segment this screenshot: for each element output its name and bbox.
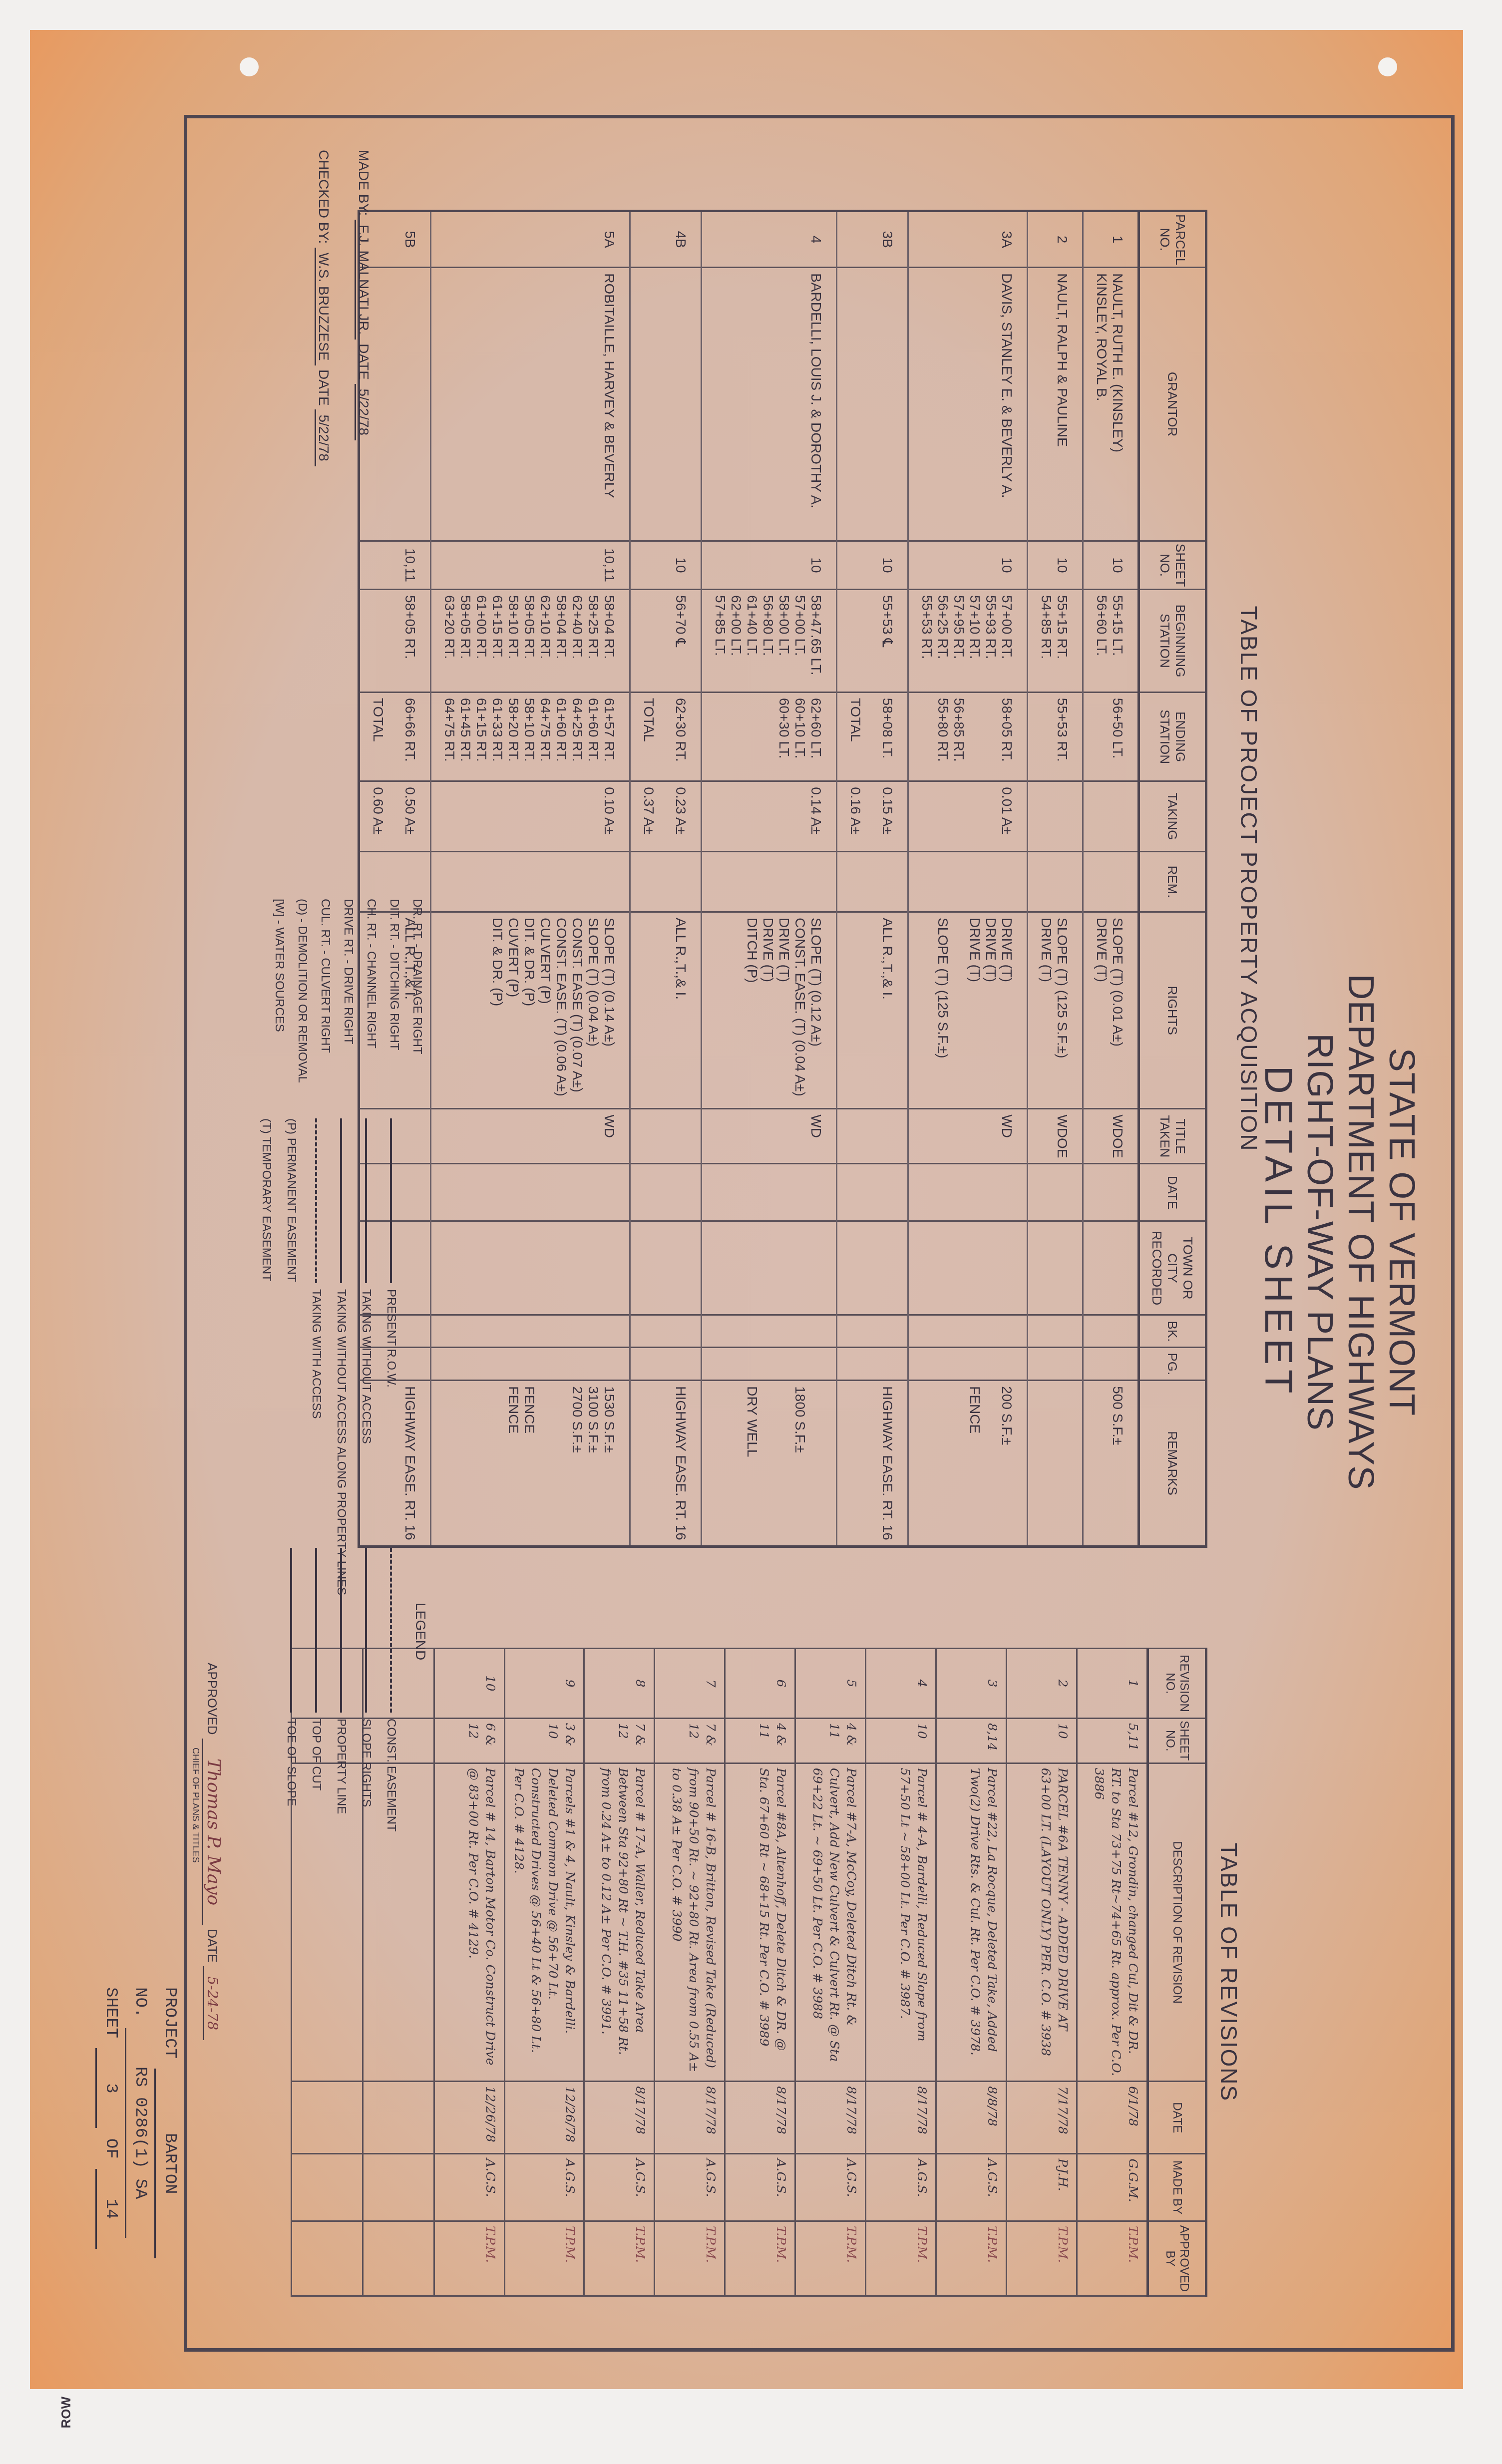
revision-desc: Parcel # 4-A, Bardelli, Reduced Slope fr… (866, 1763, 936, 2081)
cell-line: WD (808, 1114, 824, 1158)
cell-line: DRIVE (T) (967, 918, 983, 1103)
cell-date (630, 1164, 702, 1221)
cell-parcel: 3A (908, 211, 1028, 268)
column-header: ENDING STATION (1139, 692, 1206, 781)
revision-date: 8/17/78 (795, 2082, 866, 2154)
cell-line: 58+04 RT. (601, 595, 617, 687)
project-label: PROJECT (160, 1987, 179, 2059)
cell-parcel: 1 (1083, 211, 1139, 268)
cell-line: 10 (808, 547, 824, 584)
cell-town (630, 1221, 702, 1315)
cell-line: NAULT, RUTH E. (KINSLEY) (1110, 273, 1126, 535)
cell-line (601, 857, 617, 906)
revision-appr: T.P.M. (1007, 2221, 1077, 2296)
cell-line: 55+15 RT. (1054, 595, 1070, 687)
rotated-plan-sheet: ROW STATE OF VERMONT DEPARTMENT OF HIGHW… (0, 0, 1502, 2464)
cell-line: SLOPE (T) (125 S.F.±) (935, 918, 951, 1103)
revision-row: 38,14Parcel #22, La Rocque, Deleted Take… (936, 1649, 1007, 2296)
revision-no: 8 (584, 1649, 655, 1719)
cell-line: 200 S.F.± (999, 1386, 1015, 1540)
sheet-title: STATE OF VERMONT DEPARTMENT OF HIGHWAYS … (1258, 0, 1422, 2464)
cell-line (808, 1353, 824, 1375)
cell-line: DITCH (P) (744, 918, 760, 1103)
cell-end: 55+53 RT. (1028, 692, 1083, 781)
made-by-line: MADE BY: F.J. MALNATI JR. DATE 5/22/78 (344, 150, 383, 466)
legend-abbreviation: DIT. RT. - DITCHING RIGHT (382, 899, 405, 1083)
cell-remarks: 500 S.F.± (1083, 1381, 1139, 1547)
cell-sheet: 10,11 (359, 541, 431, 589)
cell-rights: SLOPE (T) (0.01 A±)DRIVE (T) (1083, 912, 1139, 1109)
legend-line-label: TOP OF CUT (309, 1719, 323, 1790)
cell-remarks: 1800 S.F.± DRY WELL (702, 1381, 837, 1547)
legend-line-symbol (390, 1118, 392, 1283)
table-row: 4BARDELLI, LOUIS J. & DOROTHY A.1058+47.… (702, 211, 837, 1547)
cell-date (702, 1164, 837, 1221)
cell-parcel: 4B (630, 211, 702, 268)
cell-line: 58+47.65 LT. (808, 595, 824, 687)
revision-sheet: 4 & 11 (725, 1718, 795, 1763)
cell-rem (1028, 851, 1083, 912)
cell-line: 57+95 RT. (951, 595, 967, 687)
cell-line: 0.60 A± (370, 787, 386, 846)
cell-line: 61+57 RT. (601, 698, 617, 776)
legend-abbreviation: CH. RT. - CHANNEL RIGHT (360, 899, 382, 1083)
cell-begin: 58+47.65 LT.57+00 LT.58+00 LT.56+80 LT.6… (702, 590, 837, 693)
cell-line: 63+20 RT. (441, 595, 457, 687)
cell-line (673, 857, 689, 906)
empty-cell (363, 2082, 434, 2154)
legend-abbreviation: DRIVE RT. - DRIVE RIGHT (337, 899, 360, 1083)
cell-line: 0.15 A± (879, 787, 895, 846)
title-line: STATE OF VERMONT (1381, 0, 1422, 2464)
made-date-label: DATE (356, 344, 372, 380)
cell-rem (837, 851, 908, 912)
cell-end: 58+08 LT. TOTAL (837, 692, 908, 781)
cell-line (673, 1169, 689, 1215)
cell-line (601, 1169, 617, 1215)
legend-lines-left: PRESENT R.O.W.TAKING WITHOUT ACCESSTAKIN… (254, 1118, 403, 1595)
cell-title: WD (702, 1109, 837, 1164)
cell-line: 62+40 RT. (569, 595, 585, 687)
legend-line-item: TAKING WITH ACCESS (304, 1118, 329, 1595)
cell-line: 0.50 A± (402, 787, 418, 846)
cell-line (673, 273, 689, 535)
cell-line: 58+05 RT. (402, 595, 418, 687)
approved-date-value: 5-24-78 (203, 1966, 221, 2040)
cell-town (837, 1221, 908, 1315)
cell-taking: 0.01 A± (908, 781, 1028, 852)
cell-bk (908, 1315, 1028, 1348)
cell-line (776, 1386, 792, 1540)
cell-line (863, 698, 879, 776)
cell-line (601, 1227, 617, 1309)
cell-line (879, 1321, 895, 1342)
cell-line: 3A (999, 217, 1015, 262)
cell-line: 57+00 RT. (999, 595, 1015, 687)
cell-line (967, 698, 983, 776)
revision-sheet: 3 & 10 (505, 1718, 584, 1763)
cell-line: SLOPE (T) (125 S.F.±) (1054, 918, 1070, 1103)
cell-town (1028, 1221, 1083, 1315)
cell-rem (908, 851, 1028, 912)
cell-line: 3B (879, 217, 895, 262)
cell-line: 55+53 RT. (1054, 698, 1070, 776)
revision-date: 8/17/78 (584, 2082, 655, 2154)
cell-remarks: 1530 S.F.±3100 S.F.±2700 S.F.± FENCEFENC… (431, 1381, 630, 1547)
legend-line-item: TAKING WITHOUT ACCESS (354, 1118, 378, 1595)
revision-sheet: 7 & 12 (655, 1718, 725, 1763)
cell-line: CUVERT (P) (505, 918, 521, 1103)
checked-date-label: DATE (316, 369, 332, 406)
cell-line (999, 857, 1015, 906)
cell-town (431, 1221, 630, 1315)
legend-line-symbol (390, 1548, 392, 1713)
of-label: OF (101, 2138, 120, 2159)
cell-remarks (1028, 1381, 1083, 1547)
cell-line (983, 698, 999, 776)
cell-title (837, 1109, 908, 1164)
cell-line (999, 1169, 1015, 1215)
revision-desc: Parcel #8A, Altenhoff, Delete Ditch & DR… (725, 1763, 795, 2081)
empty-cell (363, 2221, 434, 2296)
cell-line (808, 1227, 824, 1309)
revision-date: 12/26/78 (434, 2082, 505, 2154)
checked-by-line: CHECKED BY: W.S. BRUZZESE DATE 5/22/78 (304, 150, 344, 466)
cell-line: 56+80 LT. (760, 595, 776, 687)
revision-made: A.G.S. (725, 2154, 795, 2221)
cell-line: 1800 S.F.± (792, 1386, 808, 1540)
cell-line: 64+25 RT. (569, 698, 585, 776)
revision-desc: Parcel # 14, Barton Motor Co. Construct … (434, 1763, 505, 2081)
cell-rights: ALL R.,T.,& I. (837, 912, 908, 1109)
title-line: RIGHT-OF-WAY PLANS (1299, 0, 1340, 2464)
cell-line: 1530 S.F.± (601, 1386, 617, 1540)
cell-line: 56+50 LT. (1110, 698, 1126, 776)
cell-taking: 0.10 A± (431, 781, 630, 852)
cell-line: HIGHWAY EASE. RT. 16 (673, 1386, 689, 1540)
cell-line: 4 (808, 217, 824, 262)
cell-town (702, 1221, 837, 1315)
legend-line-item: (T) TEMPORARY EASEMENT (254, 1118, 279, 1595)
cell-grantor: DAVIS, STANLEY E. & BEVERLY A. (908, 268, 1028, 541)
revision-made: A.G.S. (584, 2154, 655, 2221)
revision-no: 6 (725, 1649, 795, 1719)
revision-made: A.G.S. (936, 2154, 1007, 2221)
cell-line (673, 1353, 689, 1375)
cell-title: WDOE (1083, 1109, 1139, 1164)
cell-line: FENCE (967, 1386, 983, 1540)
cell-line: WD (601, 1114, 617, 1158)
cell-line: TOTAL (370, 698, 386, 776)
made-date-value: 5/22/78 (355, 384, 372, 440)
cell-line (879, 1114, 895, 1158)
project-name: BARTON (154, 2069, 184, 2258)
cell-taking: 0.23 A± 0.37 A± (630, 781, 702, 852)
acquisition-table: PARCEL NO.GRANTORSHEET NO.BEGINNING STAT… (358, 210, 1207, 1548)
cell-line: 61+45 RT. (457, 698, 473, 776)
project-no: RS 0286(1) SA (125, 2028, 154, 2238)
cell-line: WD (999, 1114, 1015, 1158)
title-line: DETAIL SHEET (1258, 0, 1299, 2464)
cell-line: 10 (673, 547, 689, 584)
cell-line: 58+10 RT. (521, 698, 537, 776)
cell-rights: DRIVE (T)DRIVE (T)DRIVE (T) SLOPE (T) (1… (908, 912, 1028, 1109)
cell-line (1054, 787, 1070, 846)
revision-row: 210PARCEL #6A TENNY - ADDED DRIVE AT 63+… (1007, 1649, 1077, 2296)
sheet-number: 3 (95, 2048, 125, 2128)
cell-line (808, 1169, 824, 1215)
margin-label: ROW (58, 2397, 74, 2429)
cell-line: 66+66 RT. (402, 698, 418, 776)
cell-line: 58+08 LT. (879, 698, 895, 776)
cell-line: DRIVE (T) (1094, 918, 1110, 1103)
revision-row: 54 & 11Parcel #7-A, McCoy, Deleted Ditch… (795, 1649, 866, 2296)
cell-line (999, 1227, 1015, 1309)
cell-line: WDOE (1110, 1114, 1126, 1158)
cell-line (879, 1169, 895, 1215)
cell-line: 61+60 RT. (553, 698, 569, 776)
cell-line (951, 918, 967, 1103)
checked-by-value: W.S. BRUZZESE (315, 248, 332, 365)
cell-parcel: 4 (702, 211, 837, 268)
legend-line-item: PROPERTY LINE (329, 1548, 354, 1832)
cell-line (386, 698, 402, 776)
legend-line-symbol (340, 1548, 342, 1713)
column-header: SHEET NO. (1139, 541, 1206, 589)
legend-lines-right: CONST. EASEMENTSLOPE RIGHTSPROPERTY LINE… (279, 1548, 403, 1832)
column-header: DESCRIPTION OF REVISION (1148, 1763, 1206, 2081)
cell-line: ALL R.,T.,& I. (673, 918, 689, 1103)
cell-pg (702, 1348, 837, 1381)
cell-line: 58+25 RT. (585, 595, 601, 687)
cell-bk (1083, 1315, 1139, 1348)
cell-taking: 0.15 A± 0.16 A± (837, 781, 908, 852)
table-row: 5AROBITAILLE, HARVEY & BEVERLY10,1158+04… (431, 211, 630, 1547)
column-header: BK. (1139, 1315, 1206, 1348)
cell-line (879, 857, 895, 906)
cell-line: FENCE (521, 1386, 537, 1540)
revision-made: A.G.S. (505, 2154, 584, 2221)
column-header: PG. (1139, 1348, 1206, 1381)
cell-line: 0.16 A± (847, 787, 863, 846)
revision-no: 5 (795, 1649, 866, 1719)
cell-line: DRIVE (T) (999, 918, 1015, 1103)
revision-row: 410Parcel # 4-A, Bardelli, Reduced Slope… (866, 1649, 936, 2296)
column-header: DATE (1139, 1164, 1206, 1221)
cell-line: 2 (1054, 217, 1070, 262)
legend-line-symbol (315, 1548, 317, 1713)
empty-cell (292, 2154, 363, 2221)
cell-parcel: 2 (1028, 211, 1083, 268)
cell-line (553, 1386, 569, 1540)
legend-abbreviation: DR. RT. - DRAINAGE RIGHT (405, 899, 428, 1083)
cell-rights: SLOPE (T) (125 S.F.±)DRIVE (T) (1028, 912, 1083, 1109)
revision-appr: T.P.M. (434, 2221, 505, 2296)
cell-bk (702, 1315, 837, 1348)
cell-line: DRIVE (T) (776, 918, 792, 1103)
revision-desc: Parcel #22, La Rocque, Deleted Take, Add… (936, 1763, 1007, 2081)
cell-line: 10,11 (601, 547, 617, 584)
cell-line: 10 (1054, 547, 1070, 584)
cell-line: 58+05 RT. (999, 698, 1015, 776)
cell-town (1083, 1221, 1139, 1315)
revision-made: G.G.M. (1077, 2154, 1148, 2221)
revision-no: 9 (505, 1649, 584, 1719)
cell-line: 64+75 RT. (537, 698, 553, 776)
cell-line (1054, 1321, 1070, 1342)
cell-line (999, 1321, 1015, 1342)
cell-line: 61+15 RT. (473, 698, 489, 776)
cell-line: ALL R.,T.,& I. (879, 918, 895, 1103)
cell-line (808, 1386, 824, 1540)
cell-line: DRIVE (T) (1038, 918, 1054, 1103)
cell-pg (908, 1348, 1028, 1381)
revision-appr: T.P.M. (936, 2221, 1007, 2296)
cell-line (879, 1353, 895, 1375)
legend-line-label: TAKING WITH ACCESS (309, 1289, 323, 1419)
cell-line (402, 1169, 418, 1215)
cell-line: 61+60 RT. (585, 698, 601, 776)
cell-line (999, 1353, 1015, 1375)
cell-line: 2700 S.F.± (569, 1386, 585, 1540)
cell-line (402, 1353, 418, 1375)
empty-cell (292, 2221, 363, 2296)
legend-line-item: PRESENT R.O.W. (378, 1118, 403, 1595)
cell-rem (1083, 851, 1139, 912)
column-header: REMARKS (1139, 1381, 1206, 1547)
revision-date: 7/17/78 (1007, 2082, 1077, 2154)
cell-line: DIT. & DR. (P) (489, 918, 505, 1103)
column-header: DATE (1148, 2082, 1206, 2154)
cell-line: 55+15 LT. (1110, 595, 1126, 687)
revision-made: A.G.S. (795, 2154, 866, 2221)
cell-bk (431, 1315, 630, 1348)
cell-line: 500 S.F.± (1110, 1386, 1126, 1540)
cell-line: 10,11 (402, 547, 418, 584)
revision-date: 12/26/78 (505, 2082, 584, 2154)
cell-line: 62+60 LT. (808, 698, 824, 776)
cell-end: 62+30 RT. TOTAL (630, 692, 702, 781)
column-header: PARCEL NO. (1139, 211, 1206, 268)
cell-begin: 56+70 ℄ (630, 590, 702, 693)
column-header: REM. (1139, 851, 1206, 912)
revision-sheet: 7 & 12 (584, 1718, 655, 1763)
revision-made: A.G.S. (655, 2154, 725, 2221)
cell-line: CONST. EASE. (T) (0.04 A±) (792, 918, 808, 1103)
legend-line-item: TOP OF CUT (304, 1548, 329, 1832)
legend-line-label: SLOPE RIGHTS (359, 1719, 373, 1807)
revision-desc: Parcel #12, Grondin, changed Cul, Dit & … (1077, 1763, 1148, 2081)
cell-parcel: 3B (837, 211, 908, 268)
cell-line (760, 1386, 776, 1540)
cell-rights: SLOPE (T) (0.12 A±)CONST. EASE. (T) (0.0… (702, 912, 837, 1109)
cell-line: 58+20 RT. (505, 698, 521, 776)
cell-remarks: 200 S.F.± FENCE (908, 1381, 1028, 1547)
cell-line: HIGHWAY EASE. RT. 16 (879, 1386, 895, 1540)
cell-rem (431, 851, 630, 912)
cell-line: TOTAL (641, 698, 657, 776)
cell-line: 61+40 LT. (744, 595, 760, 687)
cell-sheet: 10 (837, 541, 908, 589)
cell-title: WD (908, 1109, 1028, 1164)
checked-date-value: 5/22/78 (315, 409, 332, 466)
revision-desc: PARCEL #6A TENNY - ADDED DRIVE AT 63+00 … (1007, 1763, 1077, 2081)
cell-line: 62+10 RT. (537, 595, 553, 687)
cell-grantor: BARDELLI, LOUIS J. & DOROTHY A. (702, 268, 837, 541)
cell-pg (630, 1348, 702, 1381)
cell-sheet: 10 (630, 541, 702, 589)
column-header: GRANTOR (1139, 268, 1206, 541)
cell-bk (1028, 1315, 1083, 1348)
cell-grantor (837, 268, 908, 541)
revision-appr: T.P.M. (655, 2221, 725, 2296)
column-header: BEGINNING STATION (1139, 590, 1206, 693)
cell-remarks: HIGHWAY EASE. RT. 16 (630, 1381, 702, 1547)
cell-end: 61+57 RT.61+60 RT.64+25 RT.61+60 RT.64+7… (431, 692, 630, 781)
legend-line-symbol (365, 1548, 367, 1713)
cell-title: WDOE (1028, 1109, 1083, 1164)
revision-no: 2 (1007, 1649, 1077, 1719)
cell-bk (837, 1315, 908, 1348)
cell-line: 55+80 RT. (935, 698, 951, 776)
cell-line: 64+75 RT. (441, 698, 457, 776)
legend-line-item: SLOPE RIGHTS (354, 1548, 378, 1832)
cell-line: 58+10 RT. (505, 595, 521, 687)
approved-signature: Thomas P. Mayo (202, 1739, 224, 1926)
cell-line: 54+85 RT. (1038, 595, 1054, 687)
legend-abbreviation: CUL. RT. - CULVERT RIGHT (314, 899, 337, 1083)
cell-line (1110, 1353, 1126, 1375)
cell-grantor: ROBITAILLE, HARVEY & BEVERLY (431, 268, 630, 541)
cell-line: 1 (1110, 217, 1126, 262)
legend-line-item: TOE OF SLOPE (279, 1548, 304, 1832)
cell-line: DIT. & DR. (P) (521, 918, 537, 1103)
cell-line (657, 698, 673, 776)
table-row: 3ADAVIS, STANLEY E. & BEVERLY A.1057+00 … (908, 211, 1028, 1547)
revision-date: 8/17/78 (866, 2082, 936, 2154)
legend-abbreviation: (D) - DEMOLITION OR REMOVAL (291, 899, 314, 1083)
cell-line: 58+05 RT. (457, 595, 473, 687)
cell-line: 10 (879, 547, 895, 584)
cell-line (673, 1321, 689, 1342)
project-no-label: NO. (131, 1987, 150, 2018)
cell-line: 62+30 RT. (673, 698, 689, 776)
column-header: TITLE TAKEN (1139, 1109, 1206, 1164)
cell-line: ROBITAILLE, HARVEY & BEVERLY (601, 273, 617, 535)
revision-sheet: 8,14 (936, 1718, 1007, 1763)
cell-line: SLOPE (T) (0.12 A±) (808, 918, 824, 1103)
cell-line: 61+00 RT. (473, 595, 489, 687)
cell-begin: 58+04 RT.58+25 RT.62+40 RT.58+04 RT.62+1… (431, 590, 630, 693)
cell-line (601, 1321, 617, 1342)
revision-made: A.G.S. (866, 2154, 936, 2221)
cell-date (431, 1164, 630, 1221)
cell-line: 0.14 A± (808, 787, 824, 846)
cell-end: 62+60 LT.60+10 LT.60+30 LT. (702, 692, 837, 781)
cell-line (879, 1227, 895, 1309)
table-row: 2NAULT, RALPH & PAULINE1055+15 RT.54+85 … (1028, 211, 1083, 1547)
cell-sheet: 10 (908, 541, 1028, 589)
cell-taking: 0.14 A± (702, 781, 837, 852)
cell-grantor: NAULT, RUTH E. (KINSLEY)KINSLEY, ROYAL B… (1083, 268, 1139, 541)
cell-line: DAVIS, STANLEY E. & BEVERLY A. (999, 273, 1015, 535)
cell-end: 58+05 RT. 56+85 RT.55+80 RT. (908, 692, 1028, 781)
revision-date: 8/8/78 (936, 2082, 1007, 2154)
project-block: PROJECT BARTON NO. RS 0286(1) SA SHEET 3… (95, 1987, 184, 2258)
revision-row: 64 & 11Parcel #8A, Altenhoff, Delete Dit… (725, 1649, 795, 2296)
cell-line: TOTAL (847, 698, 863, 776)
cell-line (1054, 1227, 1070, 1309)
